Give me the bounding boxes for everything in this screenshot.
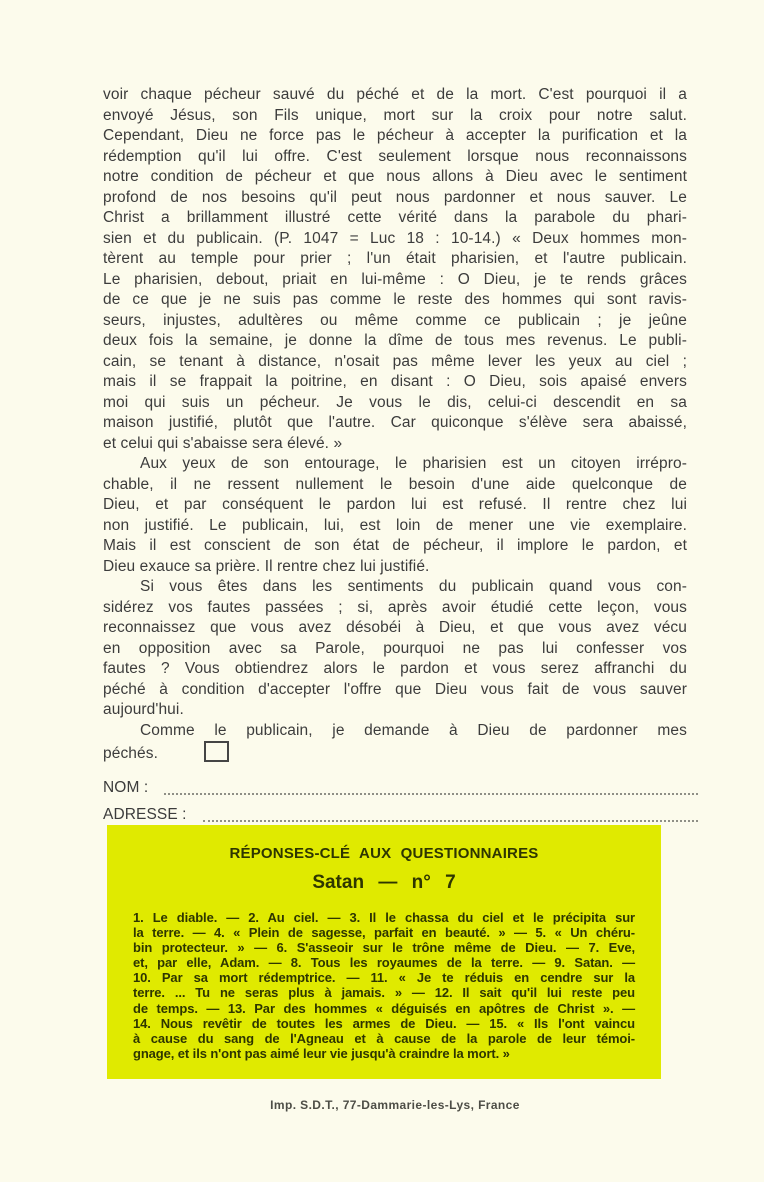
body-line-text: Comme le publicain, je demande à Dieu de… xyxy=(140,722,687,739)
body-line: fautes ? Vous obtiendrez alors le pardon… xyxy=(103,659,687,680)
answer-line-text: à cause du sang de l'Agneau et à cause d… xyxy=(133,1031,635,1046)
body-line-text: de ce que je ne suis pas comme le reste … xyxy=(103,291,687,308)
body-line-text: sien et du publicain. (P. 1047 = Luc 18 … xyxy=(103,230,687,247)
body-line-text: mais il se frappait la poitrine, en disa… xyxy=(103,373,687,390)
body-line-text: péché à condition d'accepter l'offre que… xyxy=(103,681,687,698)
body-line-text: Dieu exauce sa prière. Il rentre chez lu… xyxy=(103,558,429,575)
body-line: mais il se frappait la poitrine, en disa… xyxy=(103,372,687,393)
body-line: Comme le publicain, je demande à Dieu de… xyxy=(103,721,687,742)
answer-line-text: gnage, et ils n'ont pas aimé leur vie ju… xyxy=(133,1046,510,1061)
address-field-row: ADRESSE : xyxy=(103,799,687,826)
answer-key-subtitle: Satan — n° 7 xyxy=(107,872,661,894)
body-line-text: rédemption qu'il lui offre. C'est seulem… xyxy=(103,148,687,165)
answer-line: de temps. — 13. Par des hommes « déguisé… xyxy=(133,1001,635,1016)
body-line: aujourd'hui. xyxy=(103,700,687,721)
body-line: chable, il ne ressent nullement le besoi… xyxy=(103,475,687,496)
body-line: maison justifié, plutôt que l'autre. Car… xyxy=(103,413,687,434)
body-line-text: Le pharisien, debout, priait en lui-même… xyxy=(103,271,687,288)
body-line-text: péchés. xyxy=(103,745,158,762)
body-line: deux fois la semaine, je donne la dîme d… xyxy=(103,331,687,352)
body-line: notre condition de pécheur et que nous a… xyxy=(103,167,687,188)
answer-line-text: 14. Nous revêtir de toutes les armes de … xyxy=(133,1016,635,1031)
body-line: Dieu exauce sa prière. Il rentre chez lu… xyxy=(103,557,687,578)
name-label: NOM : xyxy=(103,778,148,799)
body-line-text: voir chaque pécheur sauvé du péché et de… xyxy=(103,86,687,103)
body-line: envoyé Jésus, son Fils unique, mort sur … xyxy=(103,106,687,127)
answer-line: terre. ... Tu ne seras plus à jamais. » … xyxy=(133,985,635,1000)
answer-line: 10. Par sa mort rédemptrice. — 11. « Je … xyxy=(133,970,635,985)
body-line: Le pharisien, debout, priait en lui-même… xyxy=(103,270,687,291)
body-line-text: Aux yeux de son entourage, le pharisien … xyxy=(140,455,687,472)
body-line-text: tèrent au temple pour prier ; l'un était… xyxy=(103,250,687,267)
body-line-text: Christ a brillamment illustré cette véri… xyxy=(103,209,687,226)
answer-line: et, par elle, Adam. — 8. Tous les royaum… xyxy=(133,955,635,970)
answer-line: 1. Le diable. — 2. Au ciel. — 3. Il le c… xyxy=(133,910,635,925)
mail-in-form: NOM : ADRESSE : xyxy=(103,772,687,826)
address-input-line[interactable] xyxy=(203,820,698,822)
body-line: Christ a brillamment illustré cette véri… xyxy=(103,208,687,229)
page-content: voir chaque pécheur sauvé du péché et de… xyxy=(103,85,687,826)
body-line: sien et du publicain. (P. 1047 = Luc 18 … xyxy=(103,229,687,250)
body-line: Si vous êtes dans les sentiments du publ… xyxy=(103,577,687,598)
answer-line: bin protecteur. » — 6. S'asseoir sur le … xyxy=(133,940,635,955)
body-line-text: non justifié. Le publicain, lui, est loi… xyxy=(103,517,687,534)
address-label: ADRESSE : xyxy=(103,805,187,826)
body-line-text: profond de nos besoins qu'il peut nous p… xyxy=(103,189,687,206)
answer-line-text: la terre. — 4. « Plein de sagesse, parfa… xyxy=(133,925,635,940)
body-line-text: cain, se tenant à distance, n'osait pas … xyxy=(103,353,687,370)
body-line-text: et celui qui s'abaisse sera élevé. » xyxy=(103,435,342,452)
answer-line-text: bin protecteur. » — 6. S'asseoir sur le … xyxy=(133,940,635,955)
body-line: cain, se tenant à distance, n'osait pas … xyxy=(103,352,687,373)
body-line: péchés. xyxy=(103,741,687,765)
body-line-text: chable, il ne ressent nullement le besoi… xyxy=(103,476,687,493)
body-line-text: seurs, injustes, adultères ou même comme… xyxy=(103,312,687,329)
body-line-text: reconnaissez que vous avez désobéi à Die… xyxy=(103,619,687,636)
answer-line: à cause du sang de l'Agneau et à cause d… xyxy=(133,1031,635,1046)
answer-line-text: et, par elle, Adam. — 8. Tous les royaum… xyxy=(133,955,635,970)
body-text: voir chaque pécheur sauvé du péché et de… xyxy=(103,85,687,765)
body-line: non justifié. Le publicain, lui, est loi… xyxy=(103,516,687,537)
body-line: Mais il est conscient de son état de péc… xyxy=(103,536,687,557)
body-line: Aux yeux de son entourage, le pharisien … xyxy=(103,454,687,475)
body-line-text: Dieu, et par conséquent le pardon lui es… xyxy=(103,496,687,513)
body-line: moi qui suis un pécheur. Je vous le dis,… xyxy=(103,393,687,414)
body-line: en opposition avec sa Parole, pourquoi n… xyxy=(103,639,687,660)
answer-key-answers: 1. Le diable. — 2. Au ciel. — 3. Il le c… xyxy=(133,910,635,1061)
body-line: rédemption qu'il lui offre. C'est seulem… xyxy=(103,147,687,168)
answer-key-box: RÉPONSES-CLÉ AUX QUESTIONNAIRES Satan — … xyxy=(107,825,661,1079)
body-line-text: maison justifié, plutôt que l'autre. Car… xyxy=(103,414,687,431)
body-line-text: sidérez vos fautes passées ; si, après a… xyxy=(103,599,687,616)
name-input-line[interactable] xyxy=(164,793,698,795)
body-line-text: en opposition avec sa Parole, pourquoi n… xyxy=(103,640,687,657)
answer-line-text: de temps. — 13. Par des hommes « déguisé… xyxy=(133,1001,635,1016)
answer-line-text: 1. Le diable. — 2. Au ciel. — 3. Il le c… xyxy=(133,910,635,925)
confession-checkbox[interactable] xyxy=(204,741,229,762)
printer-imprint: Imp. S.D.T., 77-Dammarie-les-Lys, France xyxy=(103,1098,687,1112)
answer-line-text: terre. ... Tu ne seras plus à jamais. » … xyxy=(133,985,635,1000)
answer-line: la terre. — 4. « Plein de sagesse, parfa… xyxy=(133,925,635,940)
answer-line: 14. Nous revêtir de toutes les armes de … xyxy=(133,1016,635,1031)
answer-line: gnage, et ils n'ont pas aimé leur vie ju… xyxy=(133,1046,635,1061)
body-line: Dieu, et par conséquent le pardon lui es… xyxy=(103,495,687,516)
body-line: seurs, injustes, adultères ou même comme… xyxy=(103,311,687,332)
body-line: tèrent au temple pour prier ; l'un était… xyxy=(103,249,687,270)
body-line-text: Si vous êtes dans les sentiments du publ… xyxy=(140,578,687,595)
body-line-text: moi qui suis un pécheur. Je vous le dis,… xyxy=(103,394,687,411)
body-line-text: notre condition de pécheur et que nous a… xyxy=(103,168,687,185)
body-line: profond de nos besoins qu'il peut nous p… xyxy=(103,188,687,209)
body-line-text: Cependant, Dieu ne force pas le pécheur … xyxy=(103,127,687,144)
body-line: voir chaque pécheur sauvé du péché et de… xyxy=(103,85,687,106)
body-line-text: envoyé Jésus, son Fils unique, mort sur … xyxy=(103,107,687,124)
body-line-text: deux fois la semaine, je donne la dîme d… xyxy=(103,332,687,349)
body-line-text: Mais il est conscient de son état de péc… xyxy=(103,537,687,554)
body-line: péché à condition d'accepter l'offre que… xyxy=(103,680,687,701)
answer-key-title: RÉPONSES-CLÉ AUX QUESTIONNAIRES xyxy=(107,845,661,862)
answer-line-text: 10. Par sa mort rédemptrice. — 11. « Je … xyxy=(133,970,635,985)
body-line: reconnaissez que vous avez désobéi à Die… xyxy=(103,618,687,639)
body-line: Cependant, Dieu ne force pas le pécheur … xyxy=(103,126,687,147)
name-field-row: NOM : xyxy=(103,772,687,799)
body-line: de ce que je ne suis pas comme le reste … xyxy=(103,290,687,311)
body-line-text: fautes ? Vous obtiendrez alors le pardon… xyxy=(103,660,687,677)
body-line: et celui qui s'abaisse sera élevé. » xyxy=(103,434,687,455)
scanned-document-page: voir chaque pécheur sauvé du péché et de… xyxy=(0,0,764,1182)
body-line: sidérez vos fautes passées ; si, après a… xyxy=(103,598,687,619)
body-line-text: aujourd'hui. xyxy=(103,701,184,718)
